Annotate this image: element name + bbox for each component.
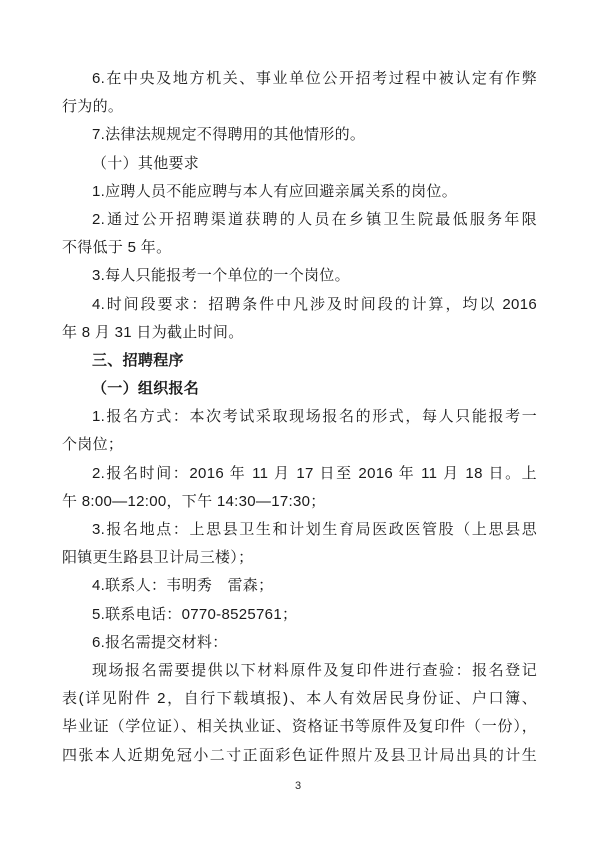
- doc-line-contact-person: 4.联系人：韦明秀 雷森；: [62, 572, 537, 600]
- doc-line: 2.报名时间：2016 年 11 月 17 日至 2016 年 11 月 18 …: [62, 460, 537, 488]
- doc-line: 6.报名需提交材料：: [62, 629, 537, 657]
- doc-line: 现场报名需要提供以下材料原件及复印件进行查验：报名登记: [62, 657, 537, 685]
- doc-line: 个岗位；: [62, 431, 537, 459]
- doc-line: 6.在中央及地方机关、事业单位公开招考过程中被认定有作弊: [62, 65, 537, 93]
- doc-line: 1.报名方式：本次考试采取现场报名的形式，每人只能报考一: [62, 403, 537, 431]
- subsection-heading-registration: （一）组织报名: [62, 375, 537, 403]
- doc-line: 毕业证（学位证）、相关执业证、资格证书等原件及复印件（一份），: [62, 713, 537, 741]
- doc-line: 四张本人近期免冠小二寸正面彩色证件照片及县卫计局出具的计生: [62, 742, 537, 770]
- doc-line: 不得低于 5 年。: [62, 234, 537, 262]
- doc-line: 2.通过公开招聘渠道获聘的人员在乡镇卫生院最低服务年限: [62, 206, 537, 234]
- doc-line: 7.法律法规规定不得聘用的其他情形的。: [62, 121, 537, 149]
- document-page: 6.在中央及地方机关、事业单位公开招考过程中被认定有作弊 行为的。 7.法律法规…: [0, 0, 596, 842]
- section-heading-recruitment-procedure: 三、招聘程序: [62, 347, 537, 375]
- doc-line: 3.报名地点：上思县卫生和计划生育局医政医管股（上思县思: [62, 516, 537, 544]
- doc-line: 午 8:00—12:00，下午 14:30—17:30；: [62, 488, 537, 516]
- doc-line: 1.应聘人员不能应聘与本人有应回避亲属关系的岗位。: [62, 178, 537, 206]
- page-number: 3: [0, 779, 596, 793]
- doc-line-contact-phone: 5.联系电话：0770-8525761；: [62, 601, 537, 629]
- subsection-heading-other-requirements: （十）其他要求: [62, 150, 537, 178]
- doc-line: 表(详见附件 2，自行下载填报)、本人有效居民身份证、户口簿、: [62, 685, 537, 713]
- doc-line: 4.时间段要求：招聘条件中凡涉及时间段的计算，均以 2016: [62, 291, 537, 319]
- doc-line: 3.每人只能报考一个单位的一个岗位。: [62, 262, 537, 290]
- document-body-text: 6.在中央及地方机关、事业单位公开招考过程中被认定有作弊 行为的。 7.法律法规…: [62, 65, 537, 770]
- doc-line: 行为的。: [62, 93, 537, 121]
- doc-line: 阳镇更生路县卫计局三楼）；: [62, 544, 537, 572]
- doc-line: 年 8 月 31 日为截止时间。: [62, 319, 537, 347]
